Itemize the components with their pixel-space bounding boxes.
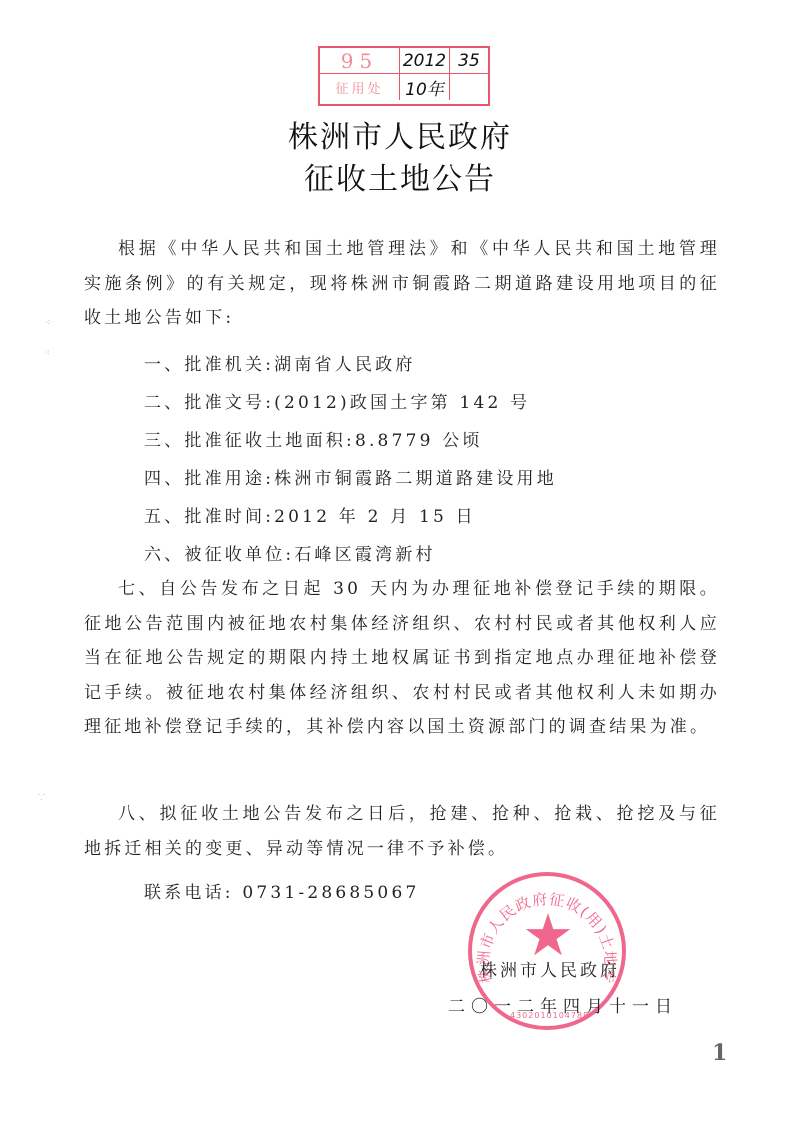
item-label: 五、批准时间: (144, 507, 274, 527)
contact-phone: 0731-28685067 (242, 883, 419, 903)
issuer-heading: 株洲市人民政府 (0, 112, 800, 156)
item-approval-date: 五、批准时间:2012 年 2 月 15 日 (144, 502, 476, 527)
item-label: 二、批准文号: (144, 393, 274, 413)
item-authority: 一、批准机关:湖南省人民政府 (144, 350, 416, 375)
clause-7: 七、自公告发布之日起 30 天内为办理征地补偿登记手续的期限。征地公告范围内被征… (84, 572, 720, 745)
archive-number: 95 (320, 48, 400, 74)
page-number: 1 (712, 1040, 727, 1066)
archive-label: 征用处 (320, 74, 400, 100)
clause-8: 八、拟征收土地公告发布之日后，抢建、抢种、抢栽、抢挖及与征地拆迁相关的变更、异动… (84, 797, 720, 866)
item-label: 四、批准用途: (144, 469, 274, 489)
item-area: 三、批准征收土地面积:8.8779 公顷 (144, 426, 483, 451)
item-value: 石峰区霞湾新村 (294, 545, 435, 565)
archive-stamp: 95 2012 35 征用处 10年 (318, 46, 490, 106)
archive-year: 2012 (400, 48, 450, 74)
item-affected-unit: 六、被征收单位:石峰区霞湾新村 (144, 540, 436, 565)
item-value: 2012 年 2 月 15 日 (274, 507, 476, 527)
intro-paragraph: 根据《中华人民共和国土地管理法》和《中华人民共和国土地管理实施条例》的有关规定，… (84, 232, 720, 336)
document-title: 征收土地公告 (0, 154, 800, 198)
contact-line: 联系电话: 0731-28685067 (144, 878, 419, 903)
item-label: 一、批准机关: (144, 355, 274, 375)
item-value: 株洲市铜霞路二期道路建设用地 (274, 469, 557, 489)
item-purpose: 四、批准用途:株洲市铜霞路二期道路建设用地 (144, 464, 557, 489)
archive-empty-cell (450, 74, 488, 100)
scan-speck: ⸪ (38, 792, 45, 803)
archive-term: 10年 (400, 74, 450, 100)
item-value: 湖南省人民政府 (274, 355, 415, 375)
item-label: 三、批准征收土地面积: (144, 431, 355, 451)
item-value: (2012)政国土字第 142 号 (274, 393, 530, 413)
item-label: 六、被征收单位: (144, 545, 294, 565)
item-value: 8.8779 公顷 (355, 431, 483, 451)
scan-speck: ⁖ (45, 348, 50, 357)
item-document-number: 二、批准文号:(2012)政国土字第 142 号 (144, 388, 530, 413)
signature-date: 二〇一二年四月十一日 (448, 992, 678, 1017)
archive-index: 35 (450, 48, 488, 74)
signature-issuer: 株洲市人民政府 (480, 956, 620, 981)
scan-speck: ⁘ (45, 318, 52, 327)
land-acquisition-notice: 95 2012 35 征用处 10年 株洲市人民政府 征收土地公告 根据《中华人… (0, 0, 800, 1130)
contact-label: 联系电话: (144, 883, 234, 903)
